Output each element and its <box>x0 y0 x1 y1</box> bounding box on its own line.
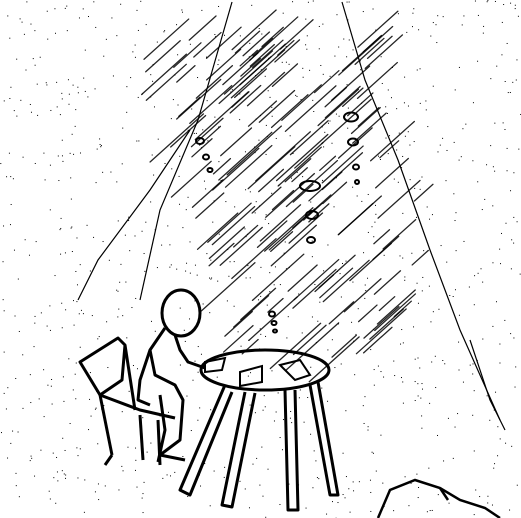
rock-bottom-right <box>378 480 500 518</box>
papers-on-table <box>205 358 310 386</box>
paper-speckle <box>0 0 521 518</box>
person <box>138 290 205 462</box>
light-beam-hatching <box>142 10 433 382</box>
sketch-drawing <box>0 0 521 518</box>
table <box>180 350 338 510</box>
bubbles <box>196 113 359 333</box>
sketch-canvas <box>0 0 521 518</box>
